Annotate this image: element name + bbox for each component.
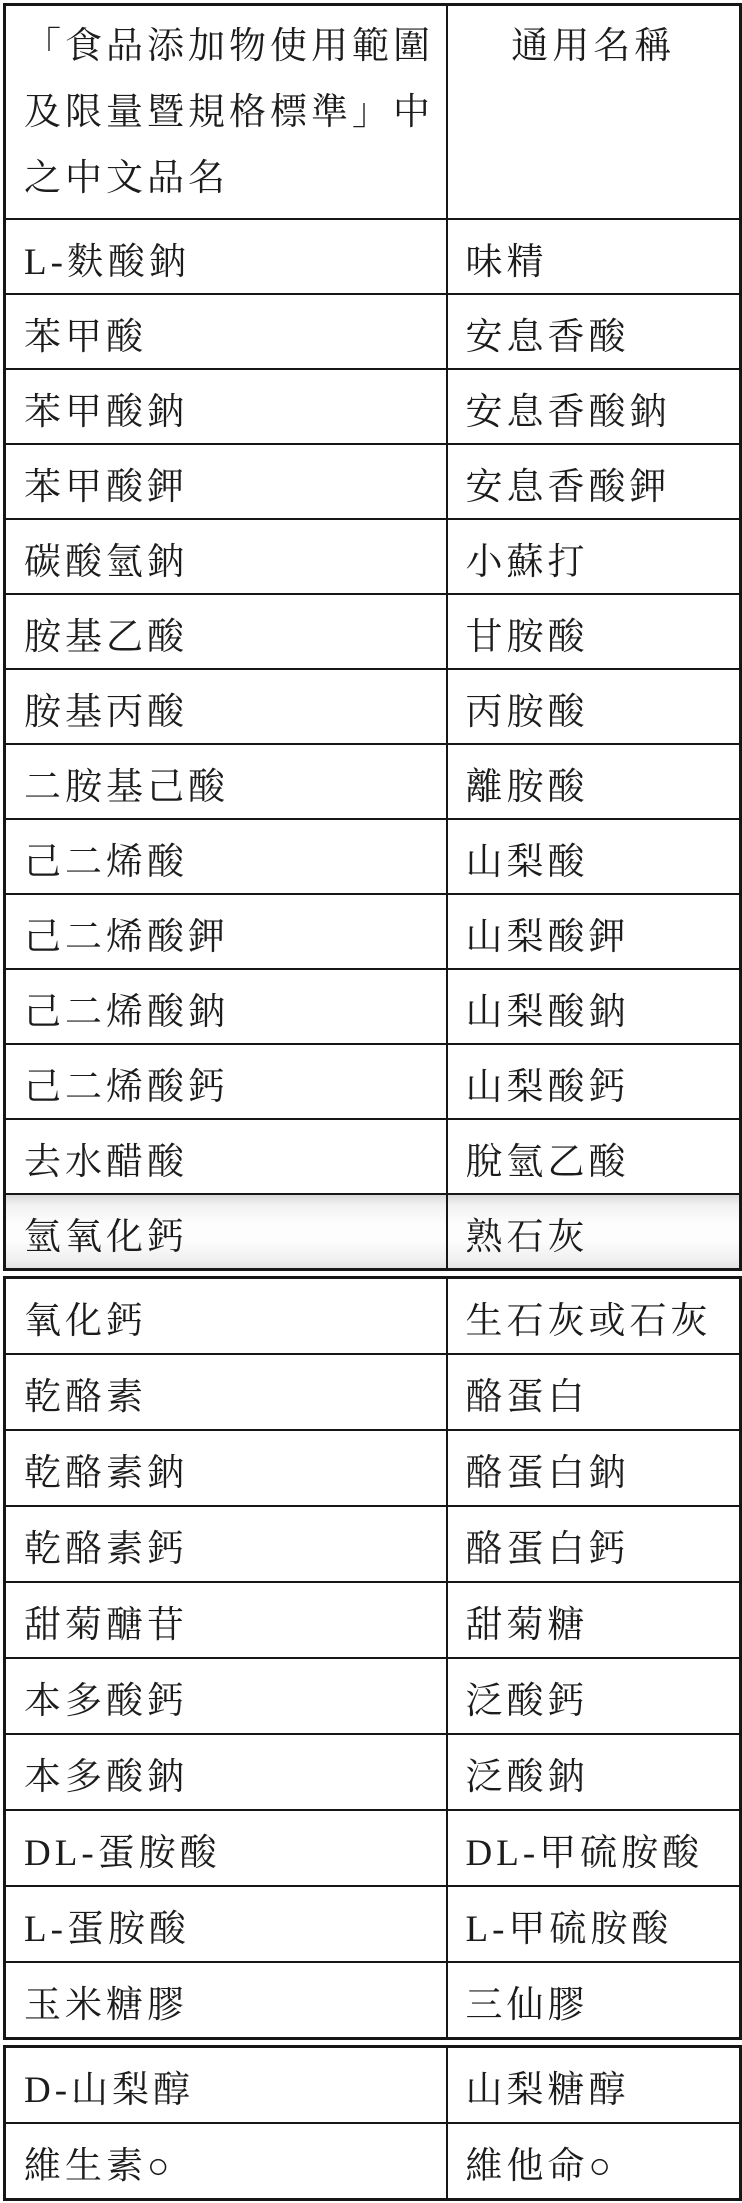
additives-table-section-1: 「食品添加物使用範圍及限量暨規格標準」中之中文品名 通用名稱 L-麩酸鈉 味精 … <box>3 3 742 1271</box>
table-row: L-蛋胺酸 L-甲硫胺酸 <box>5 1886 741 1962</box>
common-name-cell: DL-甲硫胺酸 <box>447 1810 741 1886</box>
table-row: 氧化鈣 生石灰或石灰 <box>5 1278 741 1355</box>
additive-name-cell: L-麩酸鈉 <box>5 219 447 294</box>
table-row: 甜菊醣苷 甜菊糖 <box>5 1582 741 1658</box>
additive-name-cell: 甜菊醣苷 <box>5 1582 447 1658</box>
additive-name-cell: 己二烯酸鈣 <box>5 1044 447 1119</box>
common-name-cell: 泛酸鈣 <box>447 1658 741 1734</box>
table-row: 氫氧化鈣 熟石灰 <box>5 1194 741 1270</box>
table-row: 乾酪素鈣 酪蛋白鈣 <box>5 1506 741 1582</box>
additive-name-cell: 去水醋酸 <box>5 1119 447 1194</box>
common-name-cell: 山梨酸鈉 <box>447 969 741 1044</box>
common-name-cell: 安息香酸 <box>447 294 741 369</box>
common-name-cell: 酪蛋白鈉 <box>447 1430 741 1506</box>
common-name-cell: 維他命○ <box>447 2123 741 2200</box>
additive-name-cell: DL-蛋胺酸 <box>5 1810 447 1886</box>
common-name-cell: L-甲硫胺酸 <box>447 1886 741 1962</box>
additive-name-cell: D-山梨醇 <box>5 2047 447 2124</box>
additive-name-cell: 本多酸鈣 <box>5 1658 447 1734</box>
additive-name-cell: 氧化鈣 <box>5 1278 447 1355</box>
common-name-cell: 熟石灰 <box>447 1194 741 1270</box>
additive-name-cell: 本多酸鈉 <box>5 1734 447 1810</box>
additive-name-cell: 胺基丙酸 <box>5 669 447 744</box>
table-row: 苯甲酸鉀 安息香酸鉀 <box>5 444 741 519</box>
header-row: 「食品添加物使用範圍及限量暨規格標準」中之中文品名 通用名稱 <box>5 5 741 220</box>
table-row: 苯甲酸 安息香酸 <box>5 294 741 369</box>
common-name-cell: 三仙膠 <box>447 1962 741 2039</box>
common-name-cell: 山梨糖醇 <box>447 2047 741 2124</box>
common-name-cell: 甜菊糖 <box>447 1582 741 1658</box>
common-name-cell: 脫氫乙酸 <box>447 1119 741 1194</box>
additive-name-cell: L-蛋胺酸 <box>5 1886 447 1962</box>
table-row: 去水醋酸 脫氫乙酸 <box>5 1119 741 1194</box>
table-row: DL-蛋胺酸 DL-甲硫胺酸 <box>5 1810 741 1886</box>
common-name-cell: 生石灰或石灰 <box>447 1278 741 1355</box>
common-name-cell: 泛酸鈉 <box>447 1734 741 1810</box>
column-header-common-name: 通用名稱 <box>447 5 741 220</box>
table-row: 苯甲酸鈉 安息香酸鈉 <box>5 369 741 444</box>
table-row: 乾酪素 酪蛋白 <box>5 1354 741 1430</box>
additive-name-cell: 維生素○ <box>5 2123 447 2200</box>
table-row: 本多酸鈉 泛酸鈉 <box>5 1734 741 1810</box>
table-row: 己二烯酸鉀 山梨酸鉀 <box>5 894 741 969</box>
additive-name-cell: 乾酪素鈉 <box>5 1430 447 1506</box>
additives-table-section-2: 氧化鈣 生石灰或石灰 乾酪素 酪蛋白 乾酪素鈉 酪蛋白鈉 乾酪素鈣 酪蛋白鈣 甜… <box>3 1276 742 2040</box>
additive-name-cell: 二胺基己酸 <box>5 744 447 819</box>
table-row: D-山梨醇 山梨糖醇 <box>5 2047 741 2124</box>
additive-name-cell: 乾酪素 <box>5 1354 447 1430</box>
table-row: 玉米糖膠 三仙膠 <box>5 1962 741 2039</box>
common-name-cell: 安息香酸鉀 <box>447 444 741 519</box>
additive-name-cell: 乾酪素鈣 <box>5 1506 447 1582</box>
additive-name-cell: 苯甲酸 <box>5 294 447 369</box>
additive-name-cell: 己二烯酸鈉 <box>5 969 447 1044</box>
common-name-cell: 離胺酸 <box>447 744 741 819</box>
common-name-cell: 山梨酸 <box>447 819 741 894</box>
additive-name-cell: 苯甲酸鈉 <box>5 369 447 444</box>
table-row: 碳酸氫鈉 小蘇打 <box>5 519 741 594</box>
additive-name-cell: 己二烯酸鉀 <box>5 894 447 969</box>
common-name-cell: 山梨酸鈣 <box>447 1044 741 1119</box>
common-name-cell: 甘胺酸 <box>447 594 741 669</box>
table-row: L-麩酸鈉 味精 <box>5 219 741 294</box>
table-row: 胺基乙酸 甘胺酸 <box>5 594 741 669</box>
additives-table-section-3: D-山梨醇 山梨糖醇 維生素○ 維他命○ <box>3 2045 742 2201</box>
common-name-cell: 酪蛋白鈣 <box>447 1506 741 1582</box>
table-row: 己二烯酸鈣 山梨酸鈣 <box>5 1044 741 1119</box>
table-row: 維生素○ 維他命○ <box>5 2123 741 2200</box>
table-row: 己二烯酸 山梨酸 <box>5 819 741 894</box>
common-name-cell: 山梨酸鉀 <box>447 894 741 969</box>
common-name-cell: 小蘇打 <box>447 519 741 594</box>
additive-name-cell: 氫氧化鈣 <box>5 1194 447 1270</box>
table-row: 胺基丙酸 丙胺酸 <box>5 669 741 744</box>
table-row: 二胺基己酸 離胺酸 <box>5 744 741 819</box>
table-row: 本多酸鈣 泛酸鈣 <box>5 1658 741 1734</box>
additive-name-cell: 胺基乙酸 <box>5 594 447 669</box>
common-name-cell: 酪蛋白 <box>447 1354 741 1430</box>
table-row: 乾酪素鈉 酪蛋白鈉 <box>5 1430 741 1506</box>
table-row: 己二烯酸鈉 山梨酸鈉 <box>5 969 741 1044</box>
common-name-cell: 味精 <box>447 219 741 294</box>
document: 「食品添加物使用範圍及限量暨規格標準」中之中文品名 通用名稱 L-麩酸鈉 味精 … <box>0 0 742 2203</box>
additive-name-cell: 苯甲酸鉀 <box>5 444 447 519</box>
additive-name-cell: 碳酸氫鈉 <box>5 519 447 594</box>
common-name-cell: 安息香酸鈉 <box>447 369 741 444</box>
additive-name-cell: 玉米糖膠 <box>5 1962 447 2039</box>
common-name-cell: 丙胺酸 <box>447 669 741 744</box>
column-header-standard-chinese-name: 「食品添加物使用範圍及限量暨規格標準」中之中文品名 <box>5 5 447 220</box>
additive-name-cell: 己二烯酸 <box>5 819 447 894</box>
